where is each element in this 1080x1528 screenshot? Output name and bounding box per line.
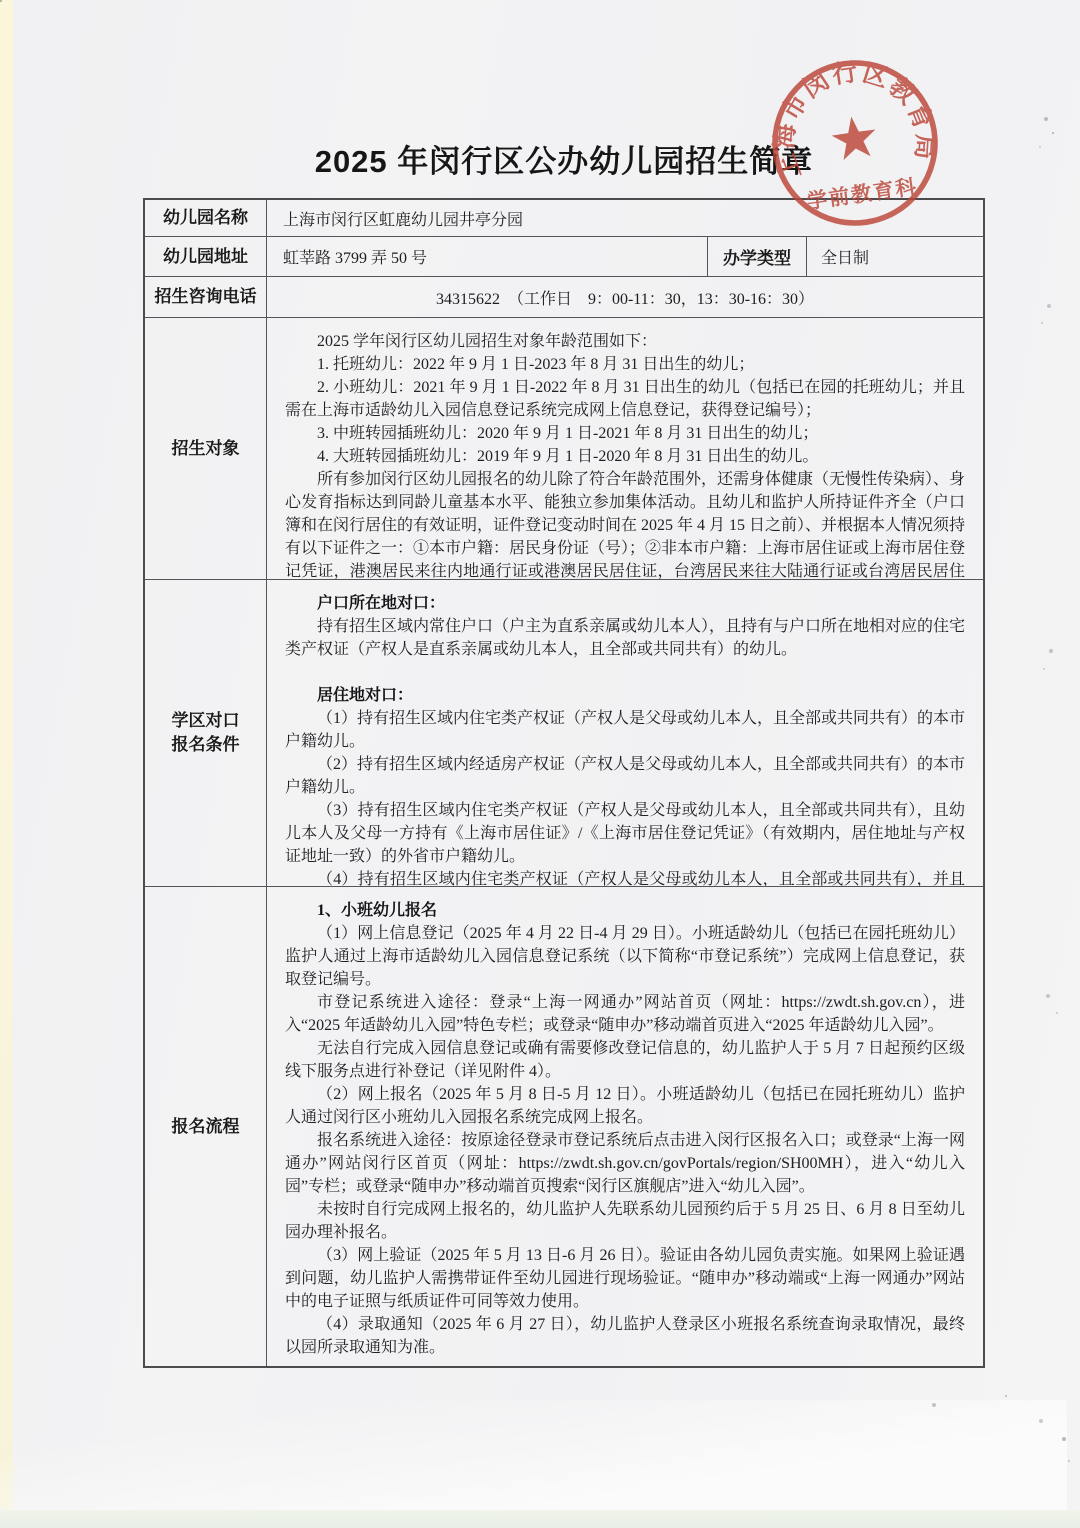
table-row-kindergarten-name: 幼儿园名称 上海市闵行区虹鹿幼儿园井亭分园 [145, 200, 983, 237]
paragraph: （3）持有招生区域内住宅类产权证（产权人是父母或幼儿本人，且全部或共同共有），且… [285, 799, 965, 868]
paragraph: （4）持有招生区域内住宅类产权证（产权人是父母或幼儿本人，且全部或共同共有），并… [285, 868, 965, 886]
paragraph: 1、小班幼儿报名 [285, 899, 965, 922]
address-value: 虹莘路 3799 弄 50 号 [267, 237, 707, 276]
paragraph: （2）持有招生区域内经适房产权证（产权人是父母或幼儿本人，且全部或共同共有）的本… [285, 753, 965, 799]
page-title: 2025 年闵行区公办幼儿园招生简章 [143, 136, 985, 181]
paragraph: 报名系统进入途径：按原途径登录市登记系统后点击进入闵行区报名入口；或登录“上海一… [285, 1129, 965, 1198]
paragraph: 4. 大班转园插班幼儿：2019 年 9 月 1 日-2020 年 8 月 31… [285, 445, 965, 468]
scan-noise-specks [0, 0, 2, 2]
table-row-phone: 招生咨询电话 34315622 （工作日 9：00-11：30，13：30-16… [145, 277, 983, 318]
scan-bottom-edge [0, 1510, 1080, 1528]
paragraph: 市登记系统进入途径：登录“上海一网通办”网站首页（网址：https://zwdt… [285, 991, 965, 1037]
phone-value: 34315622 （工作日 9：00-11：30，13：30-16：30） [267, 277, 983, 317]
table-row-district-conditions: 学区对口 报名条件 户口所在地对口：持有招生区域内常住户口（户主为直系亲属或幼儿… [145, 580, 983, 887]
school-type-value: 全日制 [807, 237, 983, 276]
enrollment-target-text: 2025 学年闵行区幼儿园招生对象年龄范围如下：1. 托班幼儿：2022 年 9… [267, 318, 983, 579]
enrollment-target-label: 招生对象 [145, 318, 267, 579]
paragraph: 居住地对口： [285, 684, 965, 707]
paragraph: （2）网上报名（2025 年 5 月 8 日-5 月 12 日）。小班适龄幼儿（… [285, 1083, 965, 1129]
application-process-text: 1、小班幼儿报名（1）网上信息登记（2025 年 4 月 22 日-4 月 29… [267, 887, 983, 1366]
paragraph: （3）网上验证（2025 年 5 月 13 日-6 月 26 日）。验证由各幼儿… [285, 1244, 965, 1313]
paragraph: 2025 学年闵行区幼儿园招生对象年龄范围如下： [285, 330, 965, 353]
district-conditions-label: 学区对口 报名条件 [145, 580, 267, 886]
enrollment-form-table: 幼儿园名称 上海市闵行区虹鹿幼儿园井亭分园 幼儿园地址 虹莘路 3799 弄 5… [143, 198, 985, 1368]
kindergarten-name-label: 幼儿园名称 [145, 200, 267, 236]
district-conditions-text: 户口所在地对口：持有招生区域内常住户口（户主为直系亲属或幼儿本人），且持有与户口… [267, 580, 983, 886]
application-process-label: 报名流程 [145, 887, 267, 1366]
school-type-label: 办学类型 [707, 237, 807, 276]
table-row-application-process: 报名流程 1、小班幼儿报名（1）网上信息登记（2025 年 4 月 22 日-4… [145, 887, 983, 1366]
paragraph: 1. 托班幼儿：2022 年 9 月 1 日-2023 年 8 月 31 日出生… [285, 353, 965, 376]
paragraph: （4）录取通知（2025 年 6 月 27 日），幼儿监护人登录区小班报名系统查… [285, 1313, 965, 1359]
table-row-address: 幼儿园地址 虹莘路 3799 弄 50 号 办学类型 全日制 [145, 237, 983, 277]
phone-label: 招生咨询电话 [145, 277, 267, 317]
paragraph: 未按时自行完成网上报名的，幼儿监护人先联系幼儿园预约后于 5 月 25 日、6 … [285, 1198, 965, 1244]
paragraph: 3. 中班转园插班幼儿：2020 年 9 月 1 日-2021 年 8 月 31… [285, 422, 965, 445]
paragraph: 所有参加闵行区幼儿园报名的幼儿除了符合年龄范围外，还需身体健康（无慢性传染病）、… [285, 468, 965, 579]
paragraph: 持有招生区域内常住户口（户主为直系亲属或幼儿本人），且持有与户口所在地相对应的住… [285, 615, 965, 661]
paragraph: 无法自行完成入园信息登记或确有需要修改登记信息的，幼儿监护人于 5 月 7 日起… [285, 1037, 965, 1083]
address-label: 幼儿园地址 [145, 237, 267, 276]
paragraph: （1）网上信息登记（2025 年 4 月 22 日-4 月 29 日）。小班适龄… [285, 922, 965, 991]
scan-left-edge [0, 0, 13, 1528]
kindergarten-name-value: 上海市闵行区虹鹿幼儿园井亭分园 [267, 200, 983, 236]
paragraph: 户口所在地对口： [285, 592, 965, 615]
paragraph: （1）持有招生区域内住宅类产权证（产权人是父母或幼儿本人，且全部或共同共有）的本… [285, 707, 965, 753]
paper-curl-shadow [0, 1400, 1067, 1510]
paragraph [285, 661, 965, 684]
paragraph: 2. 小班幼儿：2021 年 9 月 1 日-2022 年 8 月 31 日出生… [285, 376, 965, 422]
table-row-enrollment-target: 招生对象 2025 学年闵行区幼儿园招生对象年龄范围如下：1. 托班幼儿：202… [145, 318, 983, 580]
